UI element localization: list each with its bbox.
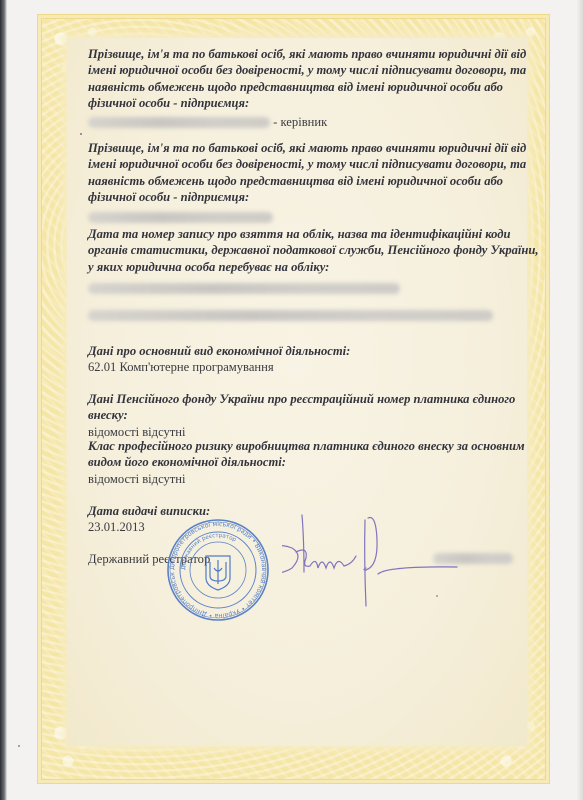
scan-speck xyxy=(436,595,438,597)
section-label: Прізвище, ім'я та по батькові осіб, які … xyxy=(88,46,543,112)
role-suffix: - керівник xyxy=(273,115,327,129)
section-label: Дата та номер запису про взяття на облік… xyxy=(88,226,543,275)
section-signers-1: Прізвище, ім'я та по батькові осіб, які … xyxy=(88,46,543,130)
section-value: - керівник xyxy=(88,114,543,130)
section-label: Дані про основний вид економічної діяльн… xyxy=(88,343,543,359)
redacted-name xyxy=(88,117,270,128)
section-label: Дані Пенсійного фонду України про реєстр… xyxy=(88,391,543,424)
section-risk-class: Клас професійного ризику виробництва пла… xyxy=(88,438,543,487)
section-value xyxy=(88,306,543,322)
section-main-activity: Дані про основний вид економічної діяльн… xyxy=(88,343,543,375)
scan-edge xyxy=(0,0,7,800)
section-value: відомості відсутні xyxy=(88,471,543,487)
trident-icon xyxy=(206,556,230,590)
section-signers-2: Прізвище, ім'я та по батькові осіб, які … xyxy=(88,140,543,225)
redacted-record xyxy=(88,310,493,321)
section-registration-records: Дата та номер запису про взяття на облік… xyxy=(88,226,543,322)
section-value: 62.01 Комп'ютерне програмування xyxy=(88,359,543,375)
official-stamp-icon: Дніпропетровської міської ради • Виконав… xyxy=(166,518,270,622)
section-pension-fund: Дані Пенсійного фонду України про реєстр… xyxy=(88,391,543,440)
handwritten-signature xyxy=(282,510,522,610)
section-value xyxy=(88,279,543,295)
scan-speck xyxy=(18,745,20,747)
scan-edge-right xyxy=(577,0,583,800)
section-value xyxy=(88,209,543,225)
redacted-name xyxy=(88,212,273,223)
redacted-record xyxy=(88,283,400,294)
section-label: Прізвище, ім'я та по батькові осіб, які … xyxy=(88,140,543,206)
scan-speck xyxy=(80,133,82,135)
section-label: Клас професійного ризику виробництва пла… xyxy=(88,438,543,471)
